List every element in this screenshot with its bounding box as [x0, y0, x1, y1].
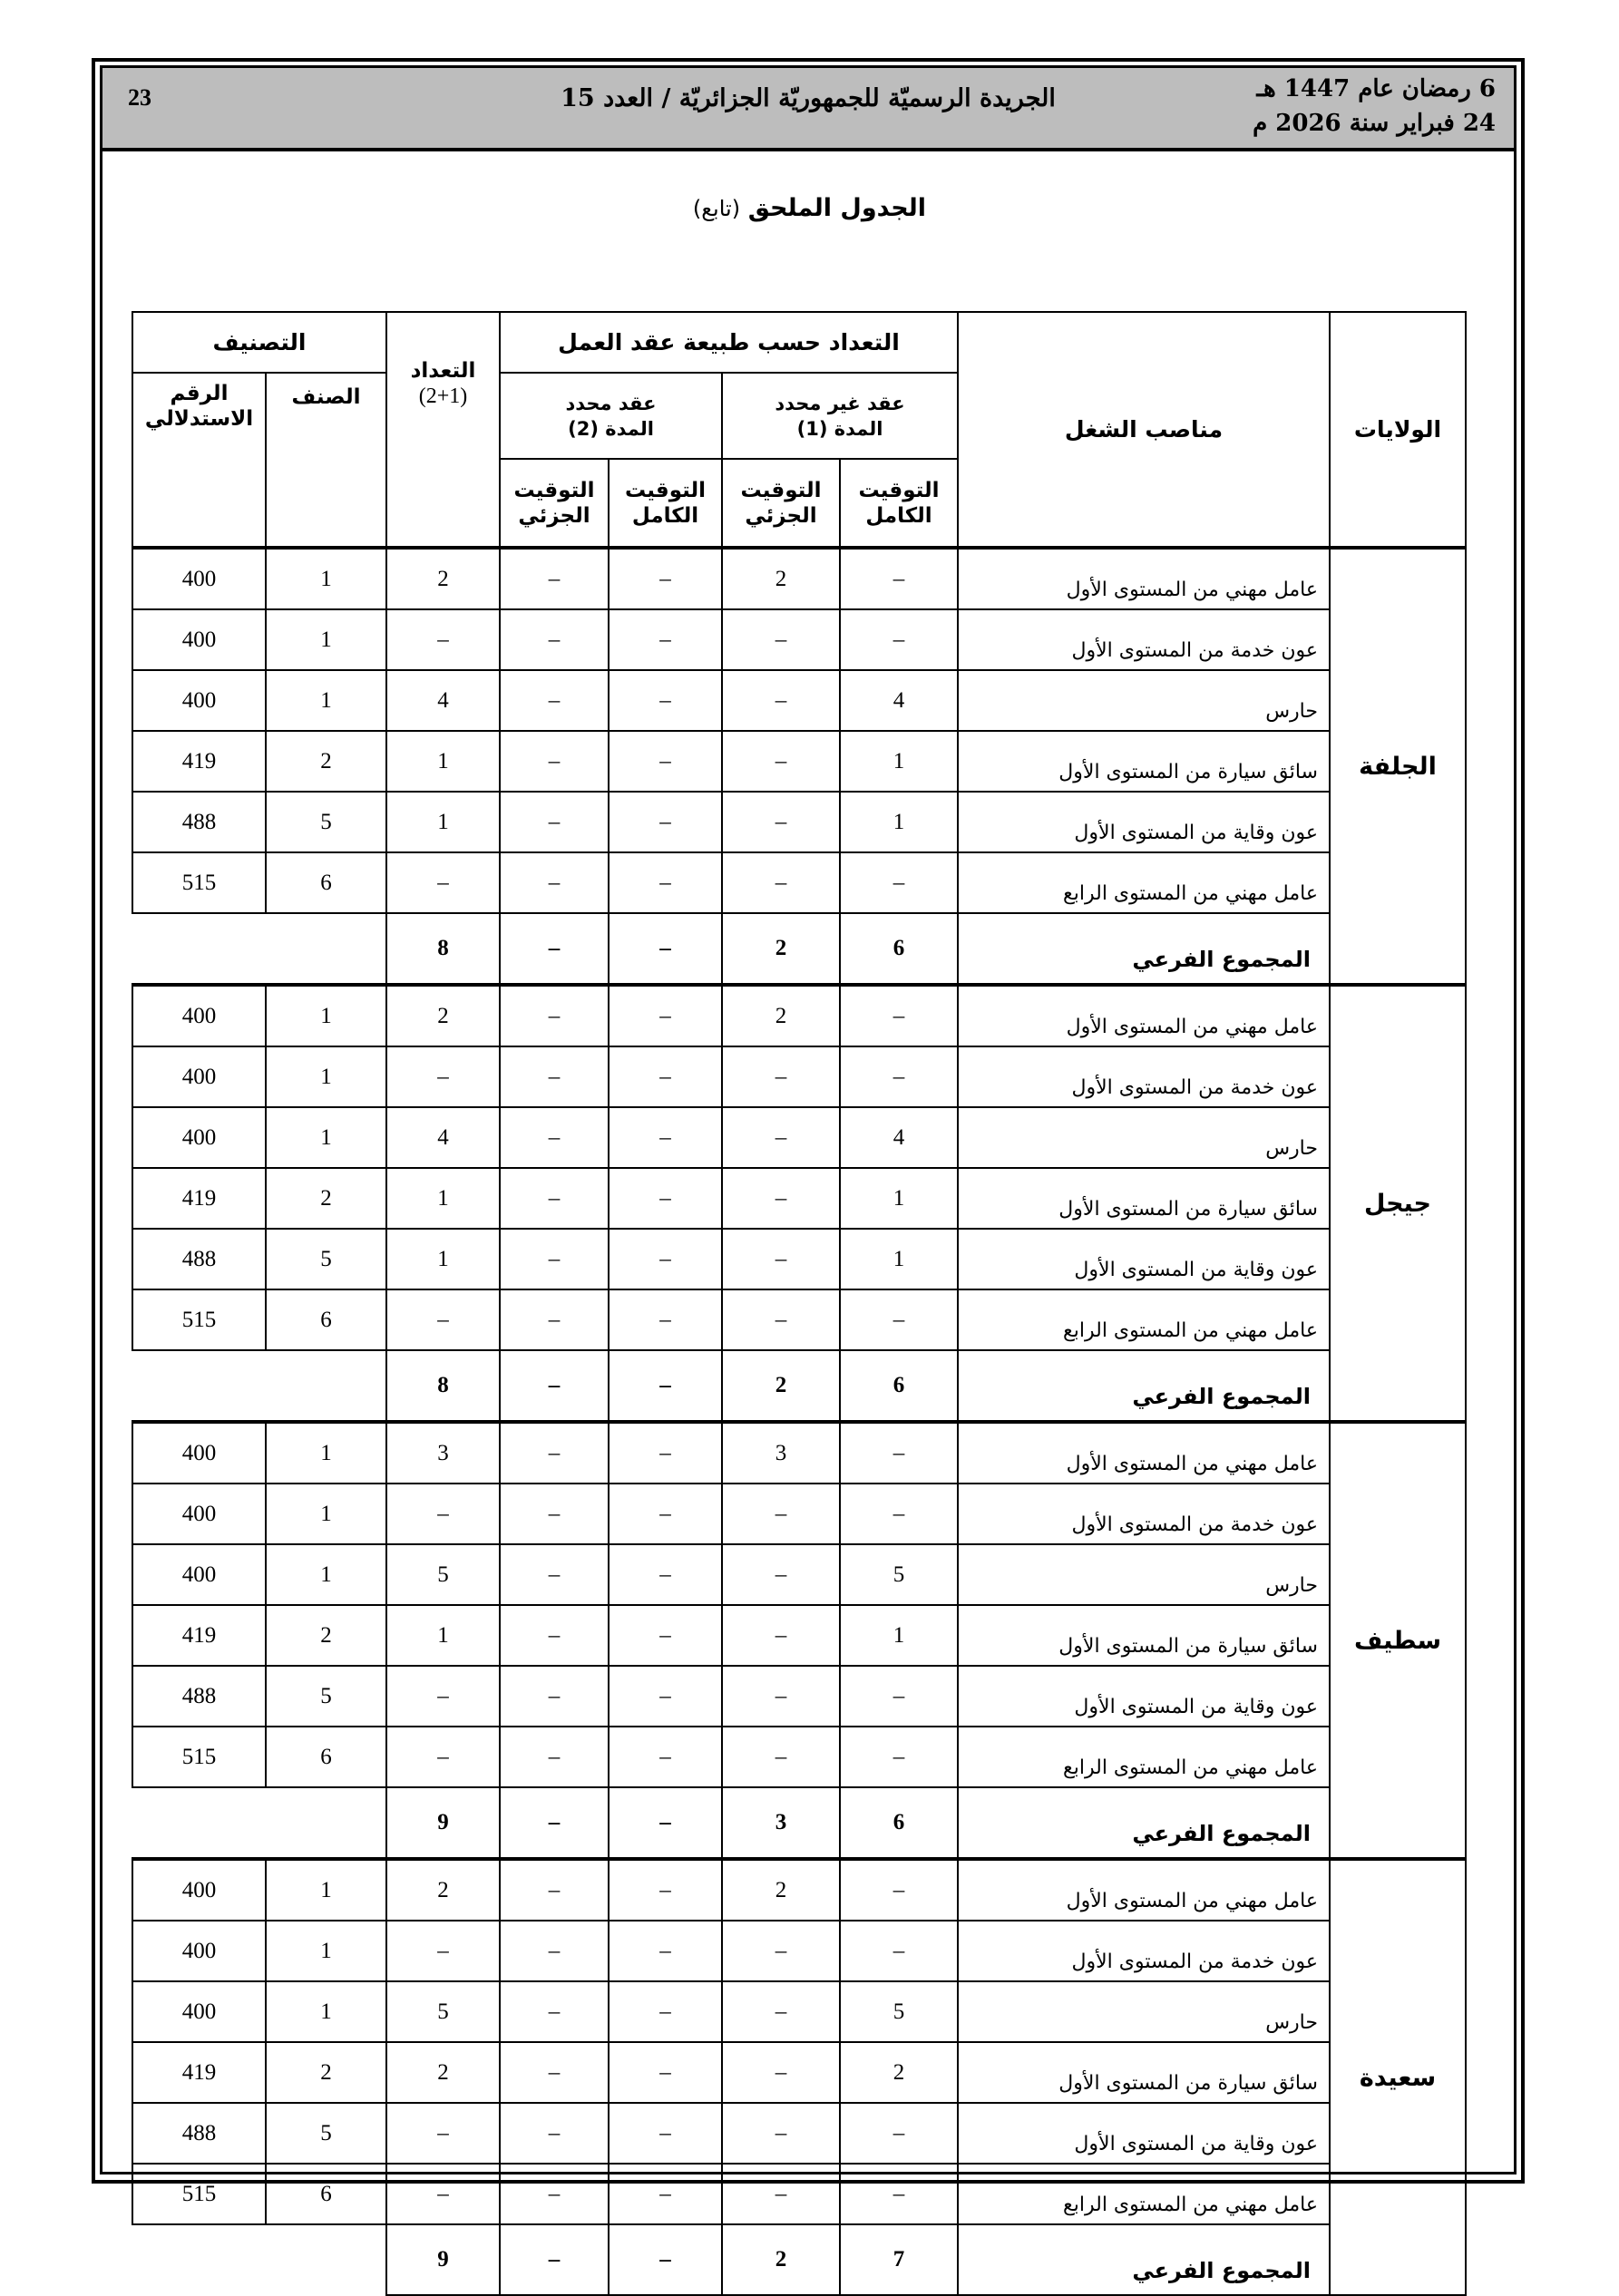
- def-full-time-cell: –: [609, 2103, 722, 2164]
- job-title-cell: سائق سيارة من المستوى الأول: [958, 2042, 1330, 2103]
- job-title-cell: سائق سيارة من المستوى الأول: [958, 731, 1330, 792]
- ind-full-time-cell: –: [840, 1046, 958, 1107]
- subtotal-empty-cell: [132, 2224, 386, 2295]
- subtotal-def-full-time-cell: –: [609, 2224, 722, 2295]
- table-row: سعيدةعامل مهني من المستوى الأول–2––21400: [132, 1859, 1466, 1921]
- table-row: حارس5–––51400: [132, 1981, 1466, 2042]
- total-cell: –: [386, 2103, 500, 2164]
- table-row: سطيفعامل مهني من المستوى الأول–3––31400: [132, 1422, 1466, 1484]
- index-number-cell: 400: [132, 1422, 266, 1484]
- job-title-cell: حارس: [958, 1981, 1330, 2042]
- table-row: سائق سيارة من المستوى الأول1–––12419: [132, 731, 1466, 792]
- subtotal-def-full-time-cell: –: [609, 1350, 722, 1422]
- index-number-cell: 515: [132, 1727, 266, 1787]
- total-cell: –: [386, 852, 500, 913]
- total-cell: 5: [386, 1544, 500, 1605]
- job-title-cell: عون وقاية من المستوى الأول: [958, 1229, 1330, 1289]
- total-cell: –: [386, 1921, 500, 1981]
- job-title-cell: سائق سيارة من المستوى الأول: [958, 1168, 1330, 1229]
- index-number-cell: 515: [132, 852, 266, 913]
- def-part-time-cell: –: [500, 1046, 609, 1107]
- subtotal-ind-part-time-cell: 2: [722, 1350, 840, 1422]
- header-jobs: مناصب الشغل: [958, 312, 1330, 548]
- subtotal-ind-part-time-cell: 2: [722, 913, 840, 985]
- table-row: عامل مهني من المستوى الرابع–––––6515: [132, 852, 1466, 913]
- table-row: سائق سيارة من المستوى الأول1–––12419: [132, 1605, 1466, 1666]
- ind-part-time-cell: –: [722, 670, 840, 731]
- def-full-time-cell: –: [609, 1168, 722, 1229]
- category-cell: 1: [266, 1107, 386, 1168]
- index-number-cell: 488: [132, 1666, 266, 1727]
- table-header: الولايات مناصب الشغل التعداد حسب طبيعة ع…: [132, 312, 1466, 548]
- index-number-cell: 400: [132, 1046, 266, 1107]
- subtotal-label: المجموع الفرعي: [958, 1350, 1330, 1422]
- header-indefinite: عقد غير محدد المدة (1): [722, 373, 958, 459]
- def-full-time-cell: –: [609, 1289, 722, 1350]
- category-cell: 6: [266, 1289, 386, 1350]
- total-cell: –: [386, 1484, 500, 1544]
- category-cell: 1: [266, 1046, 386, 1107]
- job-title-cell: عامل مهني من المستوى الرابع: [958, 852, 1330, 913]
- ind-part-time-cell: –: [722, 1046, 840, 1107]
- job-title-cell: حارس: [958, 1544, 1330, 1605]
- def-part-time-cell: –: [500, 548, 609, 609]
- category-cell: 6: [266, 852, 386, 913]
- index-number-cell: 400: [132, 548, 266, 609]
- header-ind-full-time: التوقيت الكامل: [840, 459, 958, 548]
- job-title-cell: عون وقاية من المستوى الأول: [958, 792, 1330, 852]
- def-part-time-cell: –: [500, 1484, 609, 1544]
- table-row: سائق سيارة من المستوى الأول2–––22419: [132, 2042, 1466, 2103]
- def-full-time-cell: –: [609, 1544, 722, 1605]
- def-full-time-cell: –: [609, 1422, 722, 1484]
- wilaya-cell: جيجل: [1330, 985, 1466, 1422]
- title-main: الجدول الملحق: [748, 194, 926, 222]
- total-cell: –: [386, 1727, 500, 1787]
- ind-full-time-cell: –: [840, 1484, 958, 1544]
- ind-part-time-cell: 2: [722, 548, 840, 609]
- ind-part-time-cell: –: [722, 852, 840, 913]
- header-indefinite-label: عقد غير محدد: [723, 391, 957, 416]
- def-full-time-cell: –: [609, 1666, 722, 1727]
- def-full-time-cell: –: [609, 1046, 722, 1107]
- total-cell: 1: [386, 1229, 500, 1289]
- ind-part-time-cell: –: [722, 1229, 840, 1289]
- ind-full-time-cell: –: [840, 852, 958, 913]
- ind-full-time-cell: 1: [840, 1168, 958, 1229]
- ind-full-time-cell: 4: [840, 1107, 958, 1168]
- category-cell: 2: [266, 1168, 386, 1229]
- table-row: عون خدمة من المستوى الأول–––––1400: [132, 1484, 1466, 1544]
- index-number-cell: 488: [132, 2103, 266, 2164]
- table-row: عون خدمة من المستوى الأول–––––1400: [132, 609, 1466, 670]
- total-cell: –: [386, 1289, 500, 1350]
- def-full-time-cell: –: [609, 731, 722, 792]
- subtotal-ind-full-time-cell: 6: [840, 1350, 958, 1422]
- wilaya-cell: الجلفة: [1330, 548, 1466, 985]
- ind-full-time-cell: –: [840, 2103, 958, 2164]
- total-cell: 2: [386, 1859, 500, 1921]
- ind-part-time-cell: 2: [722, 985, 840, 1046]
- table-row: سائق سيارة من المستوى الأول1–––12419: [132, 1168, 1466, 1229]
- index-number-cell: 400: [132, 670, 266, 731]
- total-cell: 5: [386, 1981, 500, 2042]
- job-title-cell: عون خدمة من المستوى الأول: [958, 1484, 1330, 1544]
- subtotal-row: المجموع الفرعي62––8: [132, 913, 1466, 985]
- total-cell: –: [386, 1046, 500, 1107]
- category-cell: 1: [266, 609, 386, 670]
- def-part-time-cell: –: [500, 1859, 609, 1921]
- total-cell: 1: [386, 792, 500, 852]
- def-full-time-cell: –: [609, 2042, 722, 2103]
- header-definite-duration: المدة (2): [501, 416, 721, 442]
- ind-full-time-cell: 4: [840, 670, 958, 731]
- job-title-cell: عون وقاية من المستوى الأول: [958, 1666, 1330, 1727]
- ind-part-time-cell: –: [722, 1666, 840, 1727]
- ind-part-time-cell: –: [722, 1544, 840, 1605]
- def-full-time-cell: –: [609, 1605, 722, 1666]
- subtotal-label: المجموع الفرعي: [958, 2224, 1330, 2295]
- subtotal-total-cell: 8: [386, 1350, 500, 1422]
- category-cell: 1: [266, 1422, 386, 1484]
- total-cell: 4: [386, 670, 500, 731]
- wilaya-cell: سطيف: [1330, 1422, 1466, 1859]
- total-cell: 1: [386, 731, 500, 792]
- job-title-cell: عون خدمة من المستوى الأول: [958, 1046, 1330, 1107]
- header-total: التعداد (2+1): [386, 312, 500, 548]
- def-full-time-cell: –: [609, 1859, 722, 1921]
- subtotal-ind-full-time-cell: 6: [840, 1787, 958, 1859]
- ind-part-time-cell: –: [722, 731, 840, 792]
- def-part-time-cell: –: [500, 1107, 609, 1168]
- job-title-cell: عون خدمة من المستوى الأول: [958, 609, 1330, 670]
- table-row: عامل مهني من المستوى الرابع–––––6515: [132, 1289, 1466, 1350]
- index-number-cell: 400: [132, 1107, 266, 1168]
- job-title-cell: عون خدمة من المستوى الأول: [958, 1921, 1330, 1981]
- table-row: عون خدمة من المستوى الأول–––––1400: [132, 1046, 1466, 1107]
- category-cell: 2: [266, 2042, 386, 2103]
- category-cell: 1: [266, 1544, 386, 1605]
- ind-full-time-cell: 1: [840, 1229, 958, 1289]
- ind-full-time-cell: –: [840, 2164, 958, 2224]
- category-cell: 1: [266, 985, 386, 1046]
- category-cell: 6: [266, 1727, 386, 1787]
- ind-full-time-cell: –: [840, 548, 958, 609]
- table-row: عون وقاية من المستوى الأول–––––5488: [132, 1666, 1466, 1727]
- document-title: الجدول الملحق (تابع): [0, 194, 1619, 222]
- subtotal-total-cell: 9: [386, 2224, 500, 2295]
- ind-part-time-cell: –: [722, 2164, 840, 2224]
- subtotal-row: المجموع الفرعي72––9: [132, 2224, 1466, 2295]
- ind-full-time-cell: 1: [840, 731, 958, 792]
- def-full-time-cell: –: [609, 852, 722, 913]
- subtotal-def-part-time-cell: –: [500, 1350, 609, 1422]
- def-full-time-cell: –: [609, 2164, 722, 2224]
- index-number-cell: 400: [132, 1981, 266, 2042]
- def-part-time-cell: –: [500, 1666, 609, 1727]
- ind-full-time-cell: 5: [840, 1544, 958, 1605]
- def-part-time-cell: –: [500, 2042, 609, 2103]
- ind-part-time-cell: –: [722, 1605, 840, 1666]
- category-cell: 5: [266, 792, 386, 852]
- total-cell: 1: [386, 1168, 500, 1229]
- header-definite-label: عقد محدد: [501, 391, 721, 416]
- ind-full-time-cell: –: [840, 985, 958, 1046]
- annex-table: الولايات مناصب الشغل التعداد حسب طبيعة ع…: [132, 311, 1467, 2296]
- ind-full-time-cell: –: [840, 1921, 958, 1981]
- table-row: عون وقاية من المستوى الأول–––––5488: [132, 2103, 1466, 2164]
- def-part-time-cell: –: [500, 1921, 609, 1981]
- total-cell: –: [386, 609, 500, 670]
- job-title-cell: عامل مهني من المستوى الأول: [958, 1422, 1330, 1484]
- ind-part-time-cell: –: [722, 609, 840, 670]
- subtotal-empty-cell: [132, 913, 386, 985]
- def-full-time-cell: –: [609, 1107, 722, 1168]
- job-title-cell: عون وقاية من المستوى الأول: [958, 2103, 1330, 2164]
- table-row: حارس4–––41400: [132, 670, 1466, 731]
- header-wilayas: الولايات: [1330, 312, 1466, 548]
- table-row: الجلفةعامل مهني من المستوى الأول–2––2140…: [132, 548, 1466, 609]
- ind-full-time-cell: 1: [840, 1605, 958, 1666]
- subtotal-def-part-time-cell: –: [500, 913, 609, 985]
- table-row: حارس5–––51400: [132, 1544, 1466, 1605]
- category-cell: 1: [266, 1859, 386, 1921]
- index-number-cell: 400: [132, 1484, 266, 1544]
- def-full-time-cell: –: [609, 792, 722, 852]
- ind-part-time-cell: –: [722, 1168, 840, 1229]
- def-part-time-cell: –: [500, 731, 609, 792]
- job-title-cell: عامل مهني من المستوى الرابع: [958, 1727, 1330, 1787]
- index-number-cell: 515: [132, 1289, 266, 1350]
- ind-full-time-cell: –: [840, 1666, 958, 1727]
- wilaya-cell: سعيدة: [1330, 1859, 1466, 2295]
- total-cell: 1: [386, 1605, 500, 1666]
- def-full-time-cell: –: [609, 548, 722, 609]
- subtotal-def-part-time-cell: –: [500, 2224, 609, 2295]
- job-title-cell: عامل مهني من المستوى الأول: [958, 985, 1330, 1046]
- ind-part-time-cell: –: [722, 2042, 840, 2103]
- ind-full-time-cell: –: [840, 609, 958, 670]
- ind-full-time-cell: 1: [840, 792, 958, 852]
- category-cell: 5: [266, 1229, 386, 1289]
- ind-part-time-cell: –: [722, 1921, 840, 1981]
- def-part-time-cell: –: [500, 609, 609, 670]
- def-part-time-cell: –: [500, 985, 609, 1046]
- table-row: عامل مهني من المستوى الرابع–––––6515: [132, 1727, 1466, 1787]
- def-part-time-cell: –: [500, 1605, 609, 1666]
- def-part-time-cell: –: [500, 2103, 609, 2164]
- index-number-cell: 419: [132, 2042, 266, 2103]
- category-cell: 1: [266, 1484, 386, 1544]
- def-full-time-cell: –: [609, 1921, 722, 1981]
- category-cell: 1: [266, 548, 386, 609]
- category-cell: 1: [266, 1981, 386, 2042]
- def-part-time-cell: –: [500, 2164, 609, 2224]
- total-cell: 2: [386, 2042, 500, 2103]
- subtotal-def-full-time-cell: –: [609, 913, 722, 985]
- job-title-cell: حارس: [958, 670, 1330, 731]
- def-full-time-cell: –: [609, 985, 722, 1046]
- def-full-time-cell: –: [609, 670, 722, 731]
- category-cell: 6: [266, 2164, 386, 2224]
- def-part-time-cell: –: [500, 1168, 609, 1229]
- total-cell: 2: [386, 548, 500, 609]
- subtotal-ind-full-time-cell: 6: [840, 913, 958, 985]
- ind-part-time-cell: –: [722, 1107, 840, 1168]
- page-number: 23: [128, 84, 151, 112]
- table-row: حارس4–––41400: [132, 1107, 1466, 1168]
- header-index-number: الرقم الاستدلالي: [132, 373, 266, 548]
- def-part-time-cell: –: [500, 670, 609, 731]
- gazette-title: الجريدة الرسميّة للجمهوريّة الجزائريّة /…: [102, 84, 1514, 112]
- total-cell: 2: [386, 985, 500, 1046]
- header-total-label: التعداد: [387, 358, 499, 384]
- job-title-cell: عامل مهني من المستوى الرابع: [958, 1289, 1330, 1350]
- index-number-cell: 400: [132, 609, 266, 670]
- header-category: الصنف: [266, 373, 386, 548]
- index-number-cell: 488: [132, 1229, 266, 1289]
- category-cell: 2: [266, 1605, 386, 1666]
- total-cell: 3: [386, 1422, 500, 1484]
- index-number-cell: 488: [132, 792, 266, 852]
- subtotal-label: المجموع الفرعي: [958, 1787, 1330, 1859]
- table-body: الجلفةعامل مهني من المستوى الأول–2––2140…: [132, 548, 1466, 2295]
- index-number-cell: 419: [132, 1168, 266, 1229]
- ind-part-time-cell: –: [722, 1727, 840, 1787]
- category-cell: 1: [266, 1921, 386, 1981]
- header-count-by-contract: التعداد حسب طبيعة عقد العمل: [500, 312, 958, 373]
- ind-part-time-cell: 2: [722, 1859, 840, 1921]
- ind-part-time-cell: –: [722, 1289, 840, 1350]
- subtotal-label: المجموع الفرعي: [958, 913, 1330, 985]
- total-cell: –: [386, 1666, 500, 1727]
- header-def-full-time: التوقيت الكامل: [609, 459, 722, 548]
- category-cell: 1: [266, 670, 386, 731]
- job-title-cell: عامل مهني من المستوى الرابع: [958, 2164, 1330, 2224]
- header-indefinite-duration: المدة (1): [723, 416, 957, 442]
- def-full-time-cell: –: [609, 1727, 722, 1787]
- index-number-cell: 419: [132, 1605, 266, 1666]
- subtotal-row: المجموع الفرعي63––9: [132, 1787, 1466, 1859]
- total-cell: 4: [386, 1107, 500, 1168]
- ind-part-time-cell: 3: [722, 1422, 840, 1484]
- subtotal-ind-full-time-cell: 7: [840, 2224, 958, 2295]
- table-row: عون خدمة من المستوى الأول–––––1400: [132, 1921, 1466, 1981]
- total-cell: –: [386, 2164, 500, 2224]
- header-classification: التصنيف: [132, 312, 386, 373]
- job-title-cell: حارس: [958, 1107, 1330, 1168]
- category-cell: 2: [266, 731, 386, 792]
- ind-full-time-cell: 2: [840, 2042, 958, 2103]
- subtotal-empty-cell: [132, 1787, 386, 1859]
- table-row: عامل مهني من المستوى الرابع–––––6515: [132, 2164, 1466, 2224]
- ind-full-time-cell: –: [840, 1859, 958, 1921]
- ind-full-time-cell: –: [840, 1727, 958, 1787]
- subtotal-def-part-time-cell: –: [500, 1787, 609, 1859]
- subtotal-total-cell: 8: [386, 913, 500, 985]
- index-number-cell: 400: [132, 1544, 266, 1605]
- table-row: عون وقاية من المستوى الأول1–––15488: [132, 792, 1466, 852]
- def-part-time-cell: –: [500, 1727, 609, 1787]
- ind-full-time-cell: –: [840, 1289, 958, 1350]
- def-part-time-cell: –: [500, 1981, 609, 2042]
- subtotal-total-cell: 9: [386, 1787, 500, 1859]
- index-number-cell: 515: [132, 2164, 266, 2224]
- header-total-formula: (2+1): [387, 384, 499, 409]
- gazette-header: 6 رمضان عام 1447 هـ 24 فبراير سنة 2026 م…: [102, 68, 1514, 151]
- def-part-time-cell: –: [500, 1289, 609, 1350]
- def-full-time-cell: –: [609, 1484, 722, 1544]
- index-number-cell: 400: [132, 1921, 266, 1981]
- def-part-time-cell: –: [500, 1544, 609, 1605]
- ind-part-time-cell: –: [722, 1981, 840, 2042]
- table-row: جيجلعامل مهني من المستوى الأول–2––21400: [132, 985, 1466, 1046]
- def-part-time-cell: –: [500, 852, 609, 913]
- category-cell: 5: [266, 1666, 386, 1727]
- subtotal-ind-part-time-cell: 3: [722, 1787, 840, 1859]
- def-full-time-cell: –: [609, 1981, 722, 2042]
- def-part-time-cell: –: [500, 792, 609, 852]
- ind-full-time-cell: –: [840, 1422, 958, 1484]
- index-number-cell: 400: [132, 1859, 266, 1921]
- ind-part-time-cell: –: [722, 2103, 840, 2164]
- job-title-cell: سائق سيارة من المستوى الأول: [958, 1605, 1330, 1666]
- header-def-part-time: التوقيت الجزئي: [500, 459, 609, 548]
- subtotal-def-full-time-cell: –: [609, 1787, 722, 1859]
- table-row: عون وقاية من المستوى الأول1–––15488: [132, 1229, 1466, 1289]
- def-part-time-cell: –: [500, 1422, 609, 1484]
- ind-part-time-cell: –: [722, 1484, 840, 1544]
- header-ind-part-time: التوقيت الجزئي: [722, 459, 840, 548]
- subtotal-row: المجموع الفرعي62––8: [132, 1350, 1466, 1422]
- category-cell: 5: [266, 2103, 386, 2164]
- index-number-cell: 419: [132, 731, 266, 792]
- job-title-cell: عامل مهني من المستوى الأول: [958, 548, 1330, 609]
- index-number-cell: 400: [132, 985, 266, 1046]
- subtotal-empty-cell: [132, 1350, 386, 1422]
- title-suffix: (تابع): [693, 196, 740, 221]
- def-part-time-cell: –: [500, 1229, 609, 1289]
- subtotal-ind-part-time-cell: 2: [722, 2224, 840, 2295]
- def-full-time-cell: –: [609, 1229, 722, 1289]
- job-title-cell: عامل مهني من المستوى الأول: [958, 1859, 1330, 1921]
- def-full-time-cell: –: [609, 609, 722, 670]
- ind-part-time-cell: –: [722, 792, 840, 852]
- ind-full-time-cell: 5: [840, 1981, 958, 2042]
- header-definite: عقد محدد المدة (2): [500, 373, 722, 459]
